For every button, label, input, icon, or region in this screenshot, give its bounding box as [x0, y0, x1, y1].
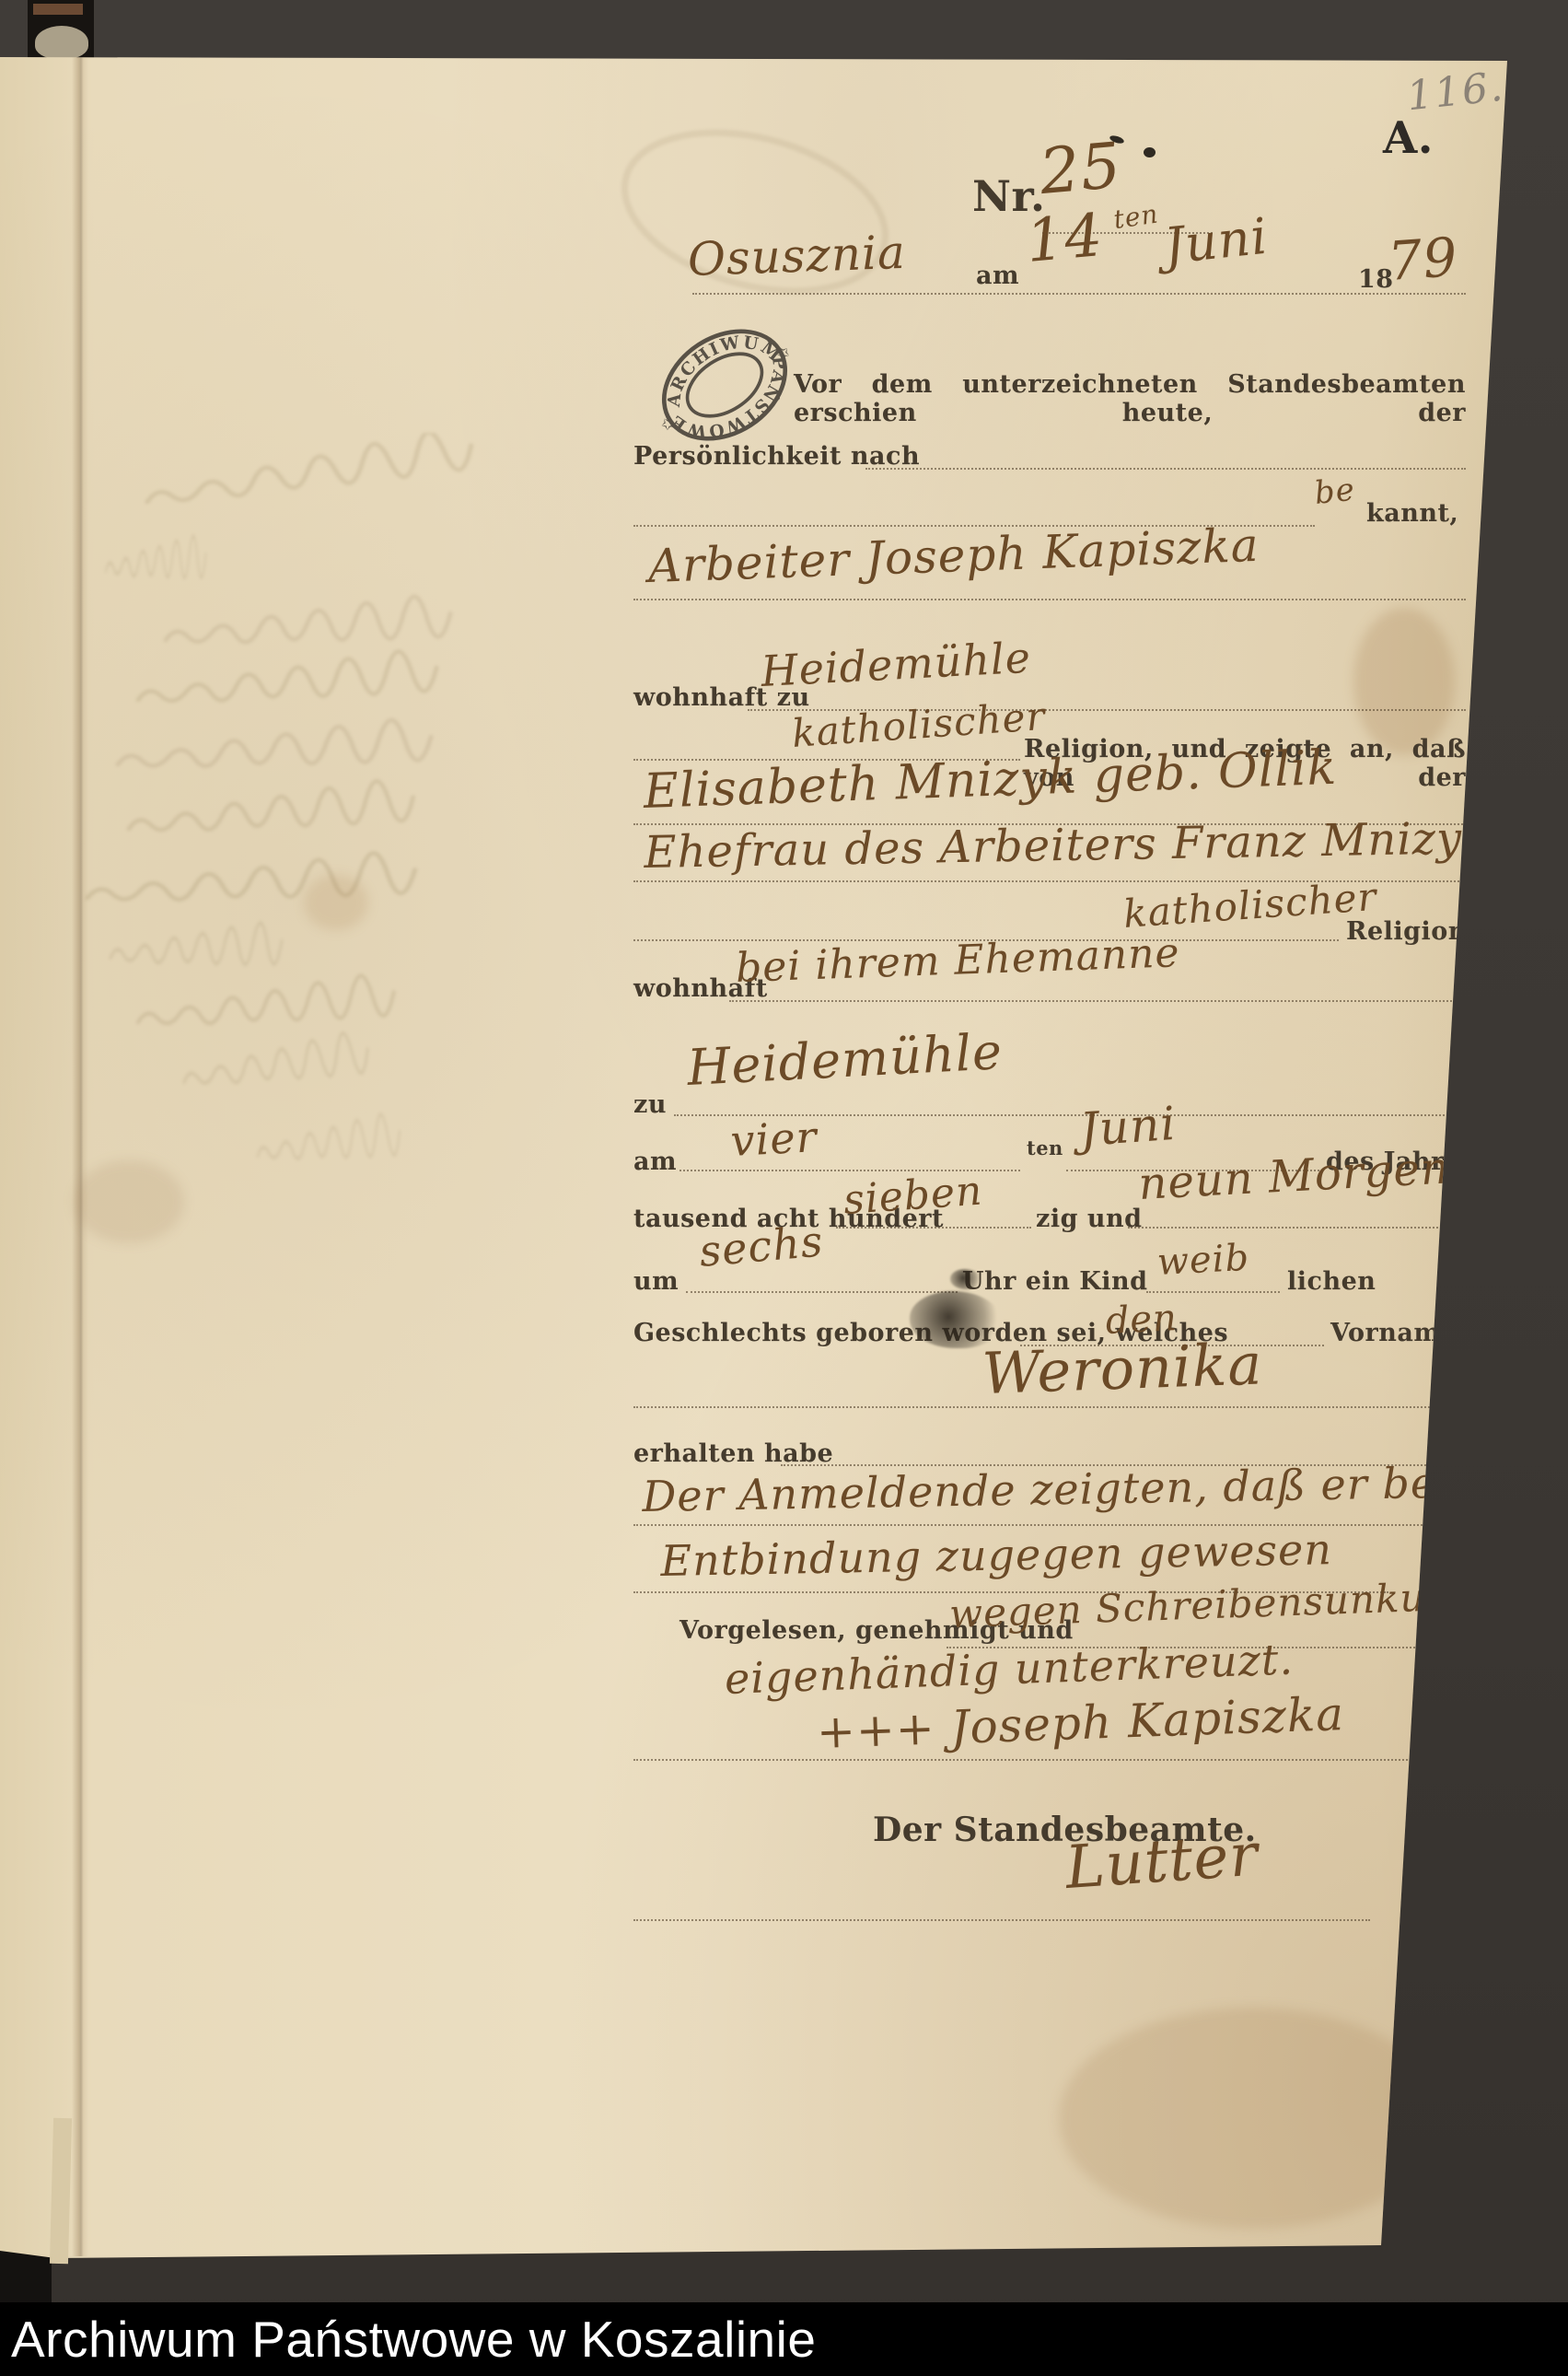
dotted-line	[633, 599, 1466, 600]
time-of-day-entry: neun Morgen	[1137, 1142, 1451, 1210]
underlying-page-edge	[50, 2118, 72, 2264]
intro-line: Vor dem unterzeichneten Standesbeamten e…	[794, 370, 1466, 427]
day-suffix2-label: ten	[1027, 1136, 1063, 1159]
register-page: 116. A. Nr. 25 Osusznia am 14 ten Juni 1…	[0, 0, 1568, 2376]
page-curl	[35, 26, 88, 59]
birthplace-entry: Heidemühle	[686, 1022, 1005, 1097]
dotted-line	[836, 1227, 1031, 1229]
day-entry: 14	[1024, 202, 1107, 276]
document-scan: 116. A. Nr. 25 Osusznia am 14 ten Juni 1…	[0, 0, 1568, 2376]
day-suffix-entry: ten	[1111, 199, 1160, 235]
paper-stain	[1353, 608, 1455, 755]
record-number-value: 25	[1037, 130, 1124, 209]
mother-desc-entry: Ehefrau des Arbeiters Franz Mnizyk	[644, 812, 1491, 879]
persoenlichkeit-label: Persönlichkeit nach	[633, 442, 920, 471]
note-line2-entry: Entbindung zugegen gewesen	[660, 1524, 1332, 1586]
zu-label: zu	[633, 1090, 667, 1119]
ink-blot	[950, 1269, 981, 1289]
decade-entry: sieben	[842, 1168, 983, 1224]
am-label: am	[976, 262, 1019, 290]
dotted-line	[686, 1291, 958, 1293]
registrar-signature: Lutter	[1063, 1822, 1260, 1903]
lichen-label: lichen	[1287, 1267, 1376, 1296]
dotted-line	[865, 468, 1466, 470]
residence-entry: Heidemühle	[760, 633, 1032, 696]
zig-und-label: zig und	[1036, 1205, 1143, 1233]
um-label: um	[633, 1267, 679, 1296]
dotted-line	[633, 1919, 1370, 1921]
am2-label: am	[633, 1147, 677, 1176]
kannt-label: kannt,	[1366, 499, 1458, 528]
s-label: s	[1451, 1205, 1466, 1233]
dotted-line	[633, 1406, 1466, 1408]
mother-name-entry: Elisabeth Mnizyk geb. Ollik	[643, 740, 1338, 820]
birth-day-entry: vier	[729, 1112, 819, 1166]
religion2-entry: katholischer	[1122, 874, 1378, 937]
uhr-ein-kind-label: Uhr ein Kind	[962, 1267, 1148, 1296]
paper-stain	[1059, 2008, 1446, 2229]
declarant-signature: +++ Joseph Kapiszka	[816, 1687, 1345, 1759]
hour-entry: sechs	[697, 1216, 825, 1276]
child-name-entry: Weronika	[981, 1330, 1263, 1407]
dotted-line	[692, 293, 1466, 295]
dotted-line	[1146, 1291, 1280, 1293]
dotted-line	[633, 1524, 1466, 1526]
year-written: 79	[1386, 226, 1459, 293]
religion1-entry: katholischer	[791, 693, 1047, 756]
ghost-writing	[64, 433, 562, 1188]
paper-stain	[304, 875, 368, 930]
paper-stain	[74, 1160, 184, 1243]
place-entry: Osusznia	[687, 226, 907, 286]
birth-month-entry: Juni	[1078, 1097, 1178, 1157]
note-line3-entry: wegen Schreibensunkunde	[948, 1572, 1502, 1636]
ink-speck	[1144, 147, 1156, 157]
book-spine-edge	[33, 4, 83, 15]
month-entry: Juni	[1161, 207, 1270, 275]
dotted-line	[729, 1000, 1466, 1002]
form-letter: A.	[1383, 112, 1434, 164]
be-entry: be	[1313, 472, 1357, 512]
archive-footer-label: Archiwum Państwowe w Koszalinie	[11, 2310, 816, 2369]
gender-entry: weib	[1156, 1237, 1251, 1284]
archive-footer-bar: Archiwum Państwowe w Koszalinie	[0, 2302, 1568, 2376]
vornamen-label: Vornamen	[1330, 1319, 1475, 1347]
dotted-line	[1128, 1227, 1446, 1229]
religion2-label: Religion,	[1346, 917, 1476, 946]
declarant-entry: Arbeiter Joseph Kapiszka	[647, 518, 1260, 593]
dotted-line	[633, 1759, 1466, 1761]
